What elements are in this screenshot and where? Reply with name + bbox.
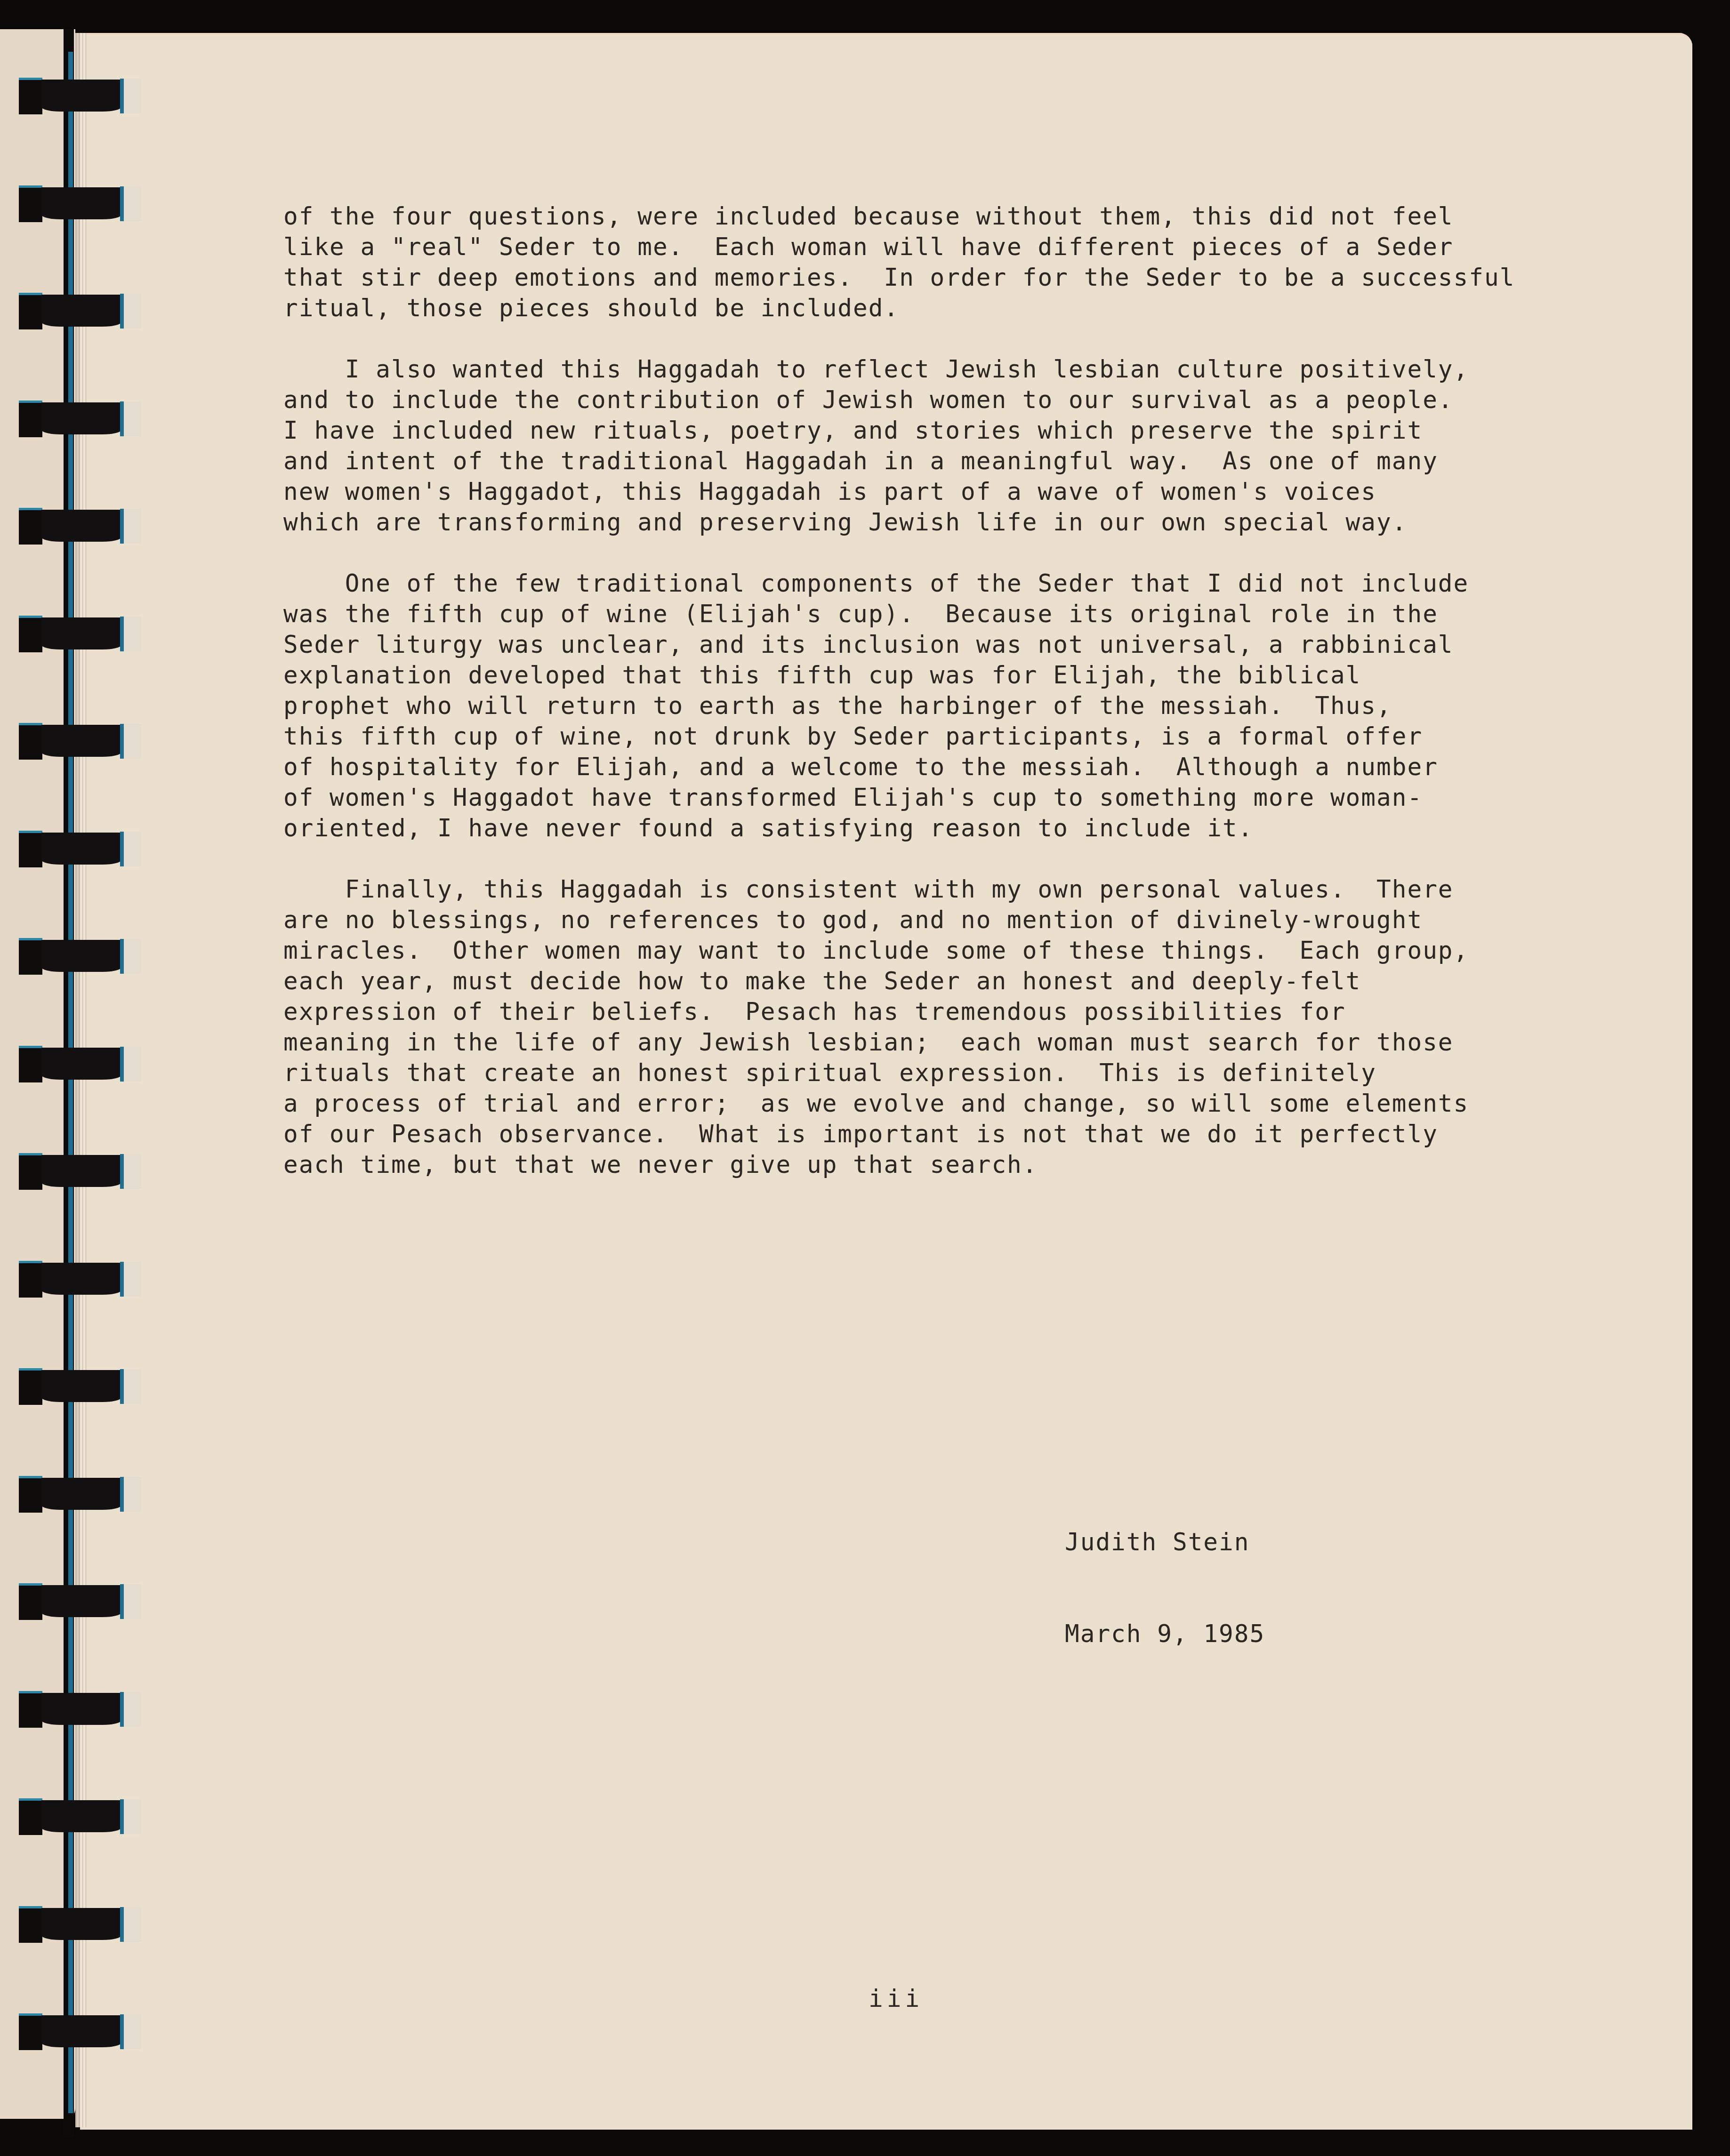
- binding-coil: [19, 1798, 125, 1835]
- text-line: Finally, this Haggadah is consistent wit…: [283, 874, 1554, 905]
- binding-coil: [19, 1046, 125, 1082]
- text-line: ritual, those pieces should be included.: [283, 293, 1554, 324]
- paragraph: of the four questions, were included bec…: [283, 201, 1554, 324]
- signature-name: Judith Stein: [1065, 1527, 1265, 1558]
- text-line: Seder liturgy was unclear, and its inclu…: [283, 630, 1554, 660]
- text-line: and intent of the traditional Haggadah i…: [283, 446, 1554, 477]
- text-line: this fifth cup of wine, not drunk by Sed…: [283, 721, 1554, 752]
- text-line: a process of trial and error; as we evol…: [283, 1089, 1554, 1119]
- text-line: of our Pesach observance. What is import…: [283, 1119, 1554, 1150]
- binding-coil: [19, 78, 125, 114]
- binding-coil: [19, 1261, 125, 1298]
- text-line: new women's Haggadot, this Haggadah is p…: [283, 477, 1554, 507]
- page-number: iii: [869, 1984, 923, 2014]
- text-line: of hospitality for Elijah, and a welcome…: [283, 752, 1554, 783]
- binding-coil: [19, 616, 125, 652]
- text-line: rituals that create an honest spiritual …: [283, 1058, 1554, 1089]
- binding-coil: [19, 831, 125, 867]
- text-line: like a "real" Seder to me. Each woman wi…: [283, 232, 1554, 263]
- binding-coil: [19, 2013, 125, 2050]
- paragraph: Finally, this Haggadah is consistent wit…: [283, 874, 1554, 1180]
- binding-coil: [19, 1476, 125, 1513]
- text-line: each year, must decide how to make the S…: [283, 966, 1554, 997]
- text-line: are no blessings, no references to god, …: [283, 905, 1554, 936]
- binding-coil: [19, 185, 125, 222]
- binding-coil: [19, 508, 125, 545]
- text-line: expression of their beliefs. Pesach has …: [283, 997, 1554, 1027]
- text-line: I also wanted this Haggadah to reflect J…: [283, 354, 1554, 385]
- paragraph: I also wanted this Haggadah to reflect J…: [283, 354, 1554, 538]
- text-line: meaning in the life of any Jewish lesbia…: [283, 1027, 1554, 1058]
- binding-coil: [19, 1691, 125, 1728]
- binding-coil: [19, 1906, 125, 1943]
- text-line: explanation developed that this fifth cu…: [283, 660, 1554, 691]
- text-line: of women's Haggadot have transformed Eli…: [283, 783, 1554, 813]
- text-line: of the four questions, were included bec…: [283, 201, 1554, 232]
- text-line: One of the few traditional components of…: [283, 569, 1554, 599]
- text-line: was the fifth cup of wine (Elijah's cup)…: [283, 599, 1554, 630]
- signature-date: March 9, 1985: [1065, 1619, 1265, 1650]
- binding-coil: [19, 293, 125, 329]
- text-line: prophet who will return to earth as the …: [283, 691, 1554, 721]
- binding-coil: [19, 1368, 125, 1405]
- paragraph: One of the few traditional components of…: [283, 569, 1554, 844]
- text-line: each time, but that we never give up tha…: [283, 1150, 1554, 1180]
- text-line: and to include the contribution of Jewis…: [283, 385, 1554, 416]
- binding-coil: [19, 723, 125, 760]
- text-line: miracles. Other women may want to includ…: [283, 936, 1554, 966]
- binding-coil: [19, 401, 125, 437]
- binding-coil: [19, 1583, 125, 1620]
- text-line: oriented, I have never found a satisfyin…: [283, 813, 1554, 844]
- body-text: of the four questions, were included bec…: [283, 201, 1554, 1211]
- text-line: which are transforming and preserving Je…: [283, 507, 1554, 538]
- binding-coil: [19, 1153, 125, 1190]
- text-line: that stir deep emotions and memories. In…: [283, 263, 1554, 293]
- binding-coil: [19, 938, 125, 975]
- text-line: I have included new rituals, poetry, and…: [283, 416, 1554, 446]
- signature-block: Judith Stein March 9, 1985: [1065, 1466, 1265, 1680]
